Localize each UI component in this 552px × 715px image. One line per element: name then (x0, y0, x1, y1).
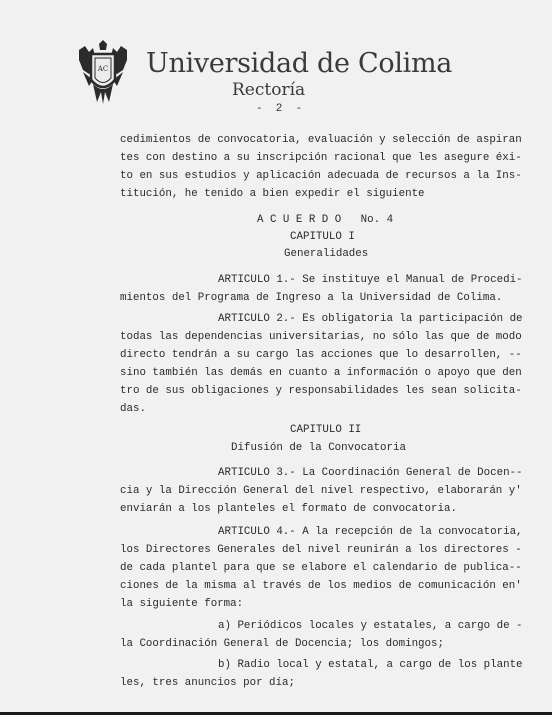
university-crest-icon: AC (75, 40, 131, 106)
institution-name: Universidad de Colima (146, 48, 452, 79)
list-item-a-line: la Coordinación General de Docencia; los… (120, 638, 444, 651)
article-2-line: sino también las demás en cuanto a infor… (120, 367, 522, 380)
article-1-line: mientos del Programa de Ingreso a la Uni… (120, 292, 502, 305)
intro-line: cedimientos de convocatoria, evaluación … (120, 134, 522, 147)
document-page: AC Universidad de Colima Rectoría - 2 - … (0, 0, 552, 712)
department-name: Rectoría (232, 80, 305, 100)
chapter-2-title: Difusión de la Convocatoria (231, 442, 406, 455)
agreement-title: A C U E R D O No. 4 (257, 214, 393, 227)
article-2-line: directo tendrán a su cargo las acciones … (120, 349, 522, 362)
article-3-line: ARTICULO 3.- La Coordinación General de … (218, 467, 523, 480)
page-number: - 2 - (256, 103, 302, 115)
article-4-line: los Directores Generales del nivel reuni… (120, 544, 522, 557)
intro-line: titución, he tenido a bien expedir el si… (120, 188, 425, 201)
list-item-b-line: b) Radio local y estatal, a cargo de los… (218, 659, 523, 672)
article-4-line: de cada plantel para que se elabore el c… (120, 562, 522, 575)
article-3-line: cia y la Dirección General del nivel res… (120, 485, 522, 498)
intro-line: tes con destino a su inscripción raciona… (120, 152, 522, 165)
article-4-line: la siguiente forma: (120, 598, 243, 611)
article-2-line: tro de sus obligaciones y responsabilida… (120, 385, 522, 398)
intro-line: to en sus estudios y aplicación adecuada… (120, 170, 522, 183)
list-item-a-line: a) Periódicos locales y estatales, a car… (218, 620, 523, 633)
svg-text:AC: AC (97, 65, 108, 73)
chapter-1-heading: CAPITULO I (290, 231, 355, 244)
article-2-line: ARTICULO 2.- Es obligatoria la participa… (218, 313, 523, 326)
chapter-1-title: Generalidades (284, 248, 368, 261)
article-4-line: ciones de la misma al través de los medi… (120, 580, 522, 593)
article-4-line: ARTICULO 4.- A la recepción de la convoc… (218, 526, 523, 539)
article-3-line: enviarán a los planteles el formato de c… (120, 503, 457, 516)
chapter-2-heading: CAPITULO II (290, 424, 361, 437)
article-1-line: ARTICULO 1.- Se instituye el Manual de P… (218, 274, 523, 287)
article-2-line: das. (120, 403, 146, 416)
list-item-b-line: les, tres anuncios por día; (120, 677, 295, 690)
article-2-line: todas las dependencias universitarias, n… (120, 331, 522, 344)
